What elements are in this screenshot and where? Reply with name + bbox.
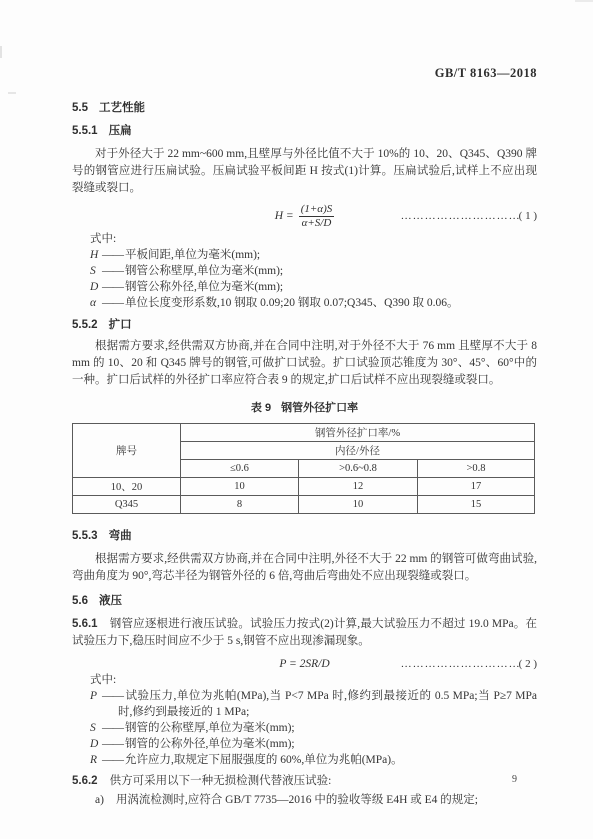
clause-text: 钢管应逐根进行液压试验。试验压力按式(2)计算,最大试验压力不超过 19.0 M… [72, 618, 537, 647]
standard-code-header: GB/T 8163—2018 [72, 66, 537, 80]
symbol-definition: S——钢管的公称壁厚,单位为毫米(mm); [90, 720, 537, 736]
symbol: S [90, 720, 102, 736]
symbol-definition: P——试验压力,单位为兆帕(MPa),当 P<7 MPa 时,修约到最接近的 0… [90, 688, 537, 720]
symbol-definition: H——平板间距,单位为毫米(mm); [90, 247, 537, 263]
value-cell: 17 [418, 478, 535, 496]
formula-fraction: (1+α)S α+S/D [299, 203, 335, 230]
grade-cell: 10、20 [73, 478, 181, 496]
clause-title: 压扁 [109, 125, 132, 137]
where-label: 式中: [90, 231, 537, 247]
dot-leader: ……………………………………………… [401, 658, 519, 670]
definition-dash: —— [102, 281, 123, 293]
paragraph-5-6-1: 5.6.1钢管应逐根进行液压试验。试验压力按式(2)计算,最大试验压力不超过 1… [72, 616, 537, 650]
table-header-row: 牌号 钢管外径扩口率/% [73, 424, 535, 442]
column-header: >0.8 [418, 460, 535, 478]
document-page: GB/T 8163—2018 5.5工艺性能 5.5.1压扁 对于外径大于 22… [0, 0, 593, 839]
definition-text: 钢管公称外径,单位为毫米(mm); [125, 281, 283, 293]
equation-number-block: ……………………………………………… ( 2 ) [401, 658, 537, 670]
paragraph-5-5-3: 根据需方要求,经供需双方协商,并在合同中注明,外径不大于 22 mm 的钢管可做… [72, 551, 537, 585]
symbol: H [90, 247, 102, 263]
table-title: 钢管外径扩口率 [281, 402, 358, 414]
symbol: D [90, 279, 102, 295]
formula-expression: P = 2SR/D [279, 658, 329, 670]
table-row: 10、20 10 12 17 [73, 478, 535, 496]
definition-text: 平板间距,单位为毫米(mm); [125, 249, 260, 261]
list-marker: a) [95, 794, 104, 806]
paragraph-5-5-2: 根据需方要求,经供需双方协商,并在合同中注明,对于外径不大于 76 mm 且壁厚… [72, 338, 537, 389]
symbol-definition: D——钢管公称外径,单位为毫米(mm); [90, 279, 537, 295]
clause-number: 5.6.2 [72, 775, 98, 787]
value-cell: 8 [181, 496, 299, 514]
symbol: R [90, 752, 102, 768]
value-cell: 10 [181, 478, 299, 496]
fraction-denominator: α+S/D [299, 216, 335, 230]
table-label: 表 9 [251, 402, 271, 414]
value-cell: 12 [299, 478, 418, 496]
definition-dash: —— [102, 297, 123, 309]
equation-number-block: ……………………………………………… ( 1 ) [401, 210, 537, 222]
definition-dash: —— [102, 690, 123, 702]
grade-cell: Q345 [73, 496, 181, 514]
clause-title: 弯曲 [109, 530, 132, 542]
column-header: >0.6~0.8 [299, 460, 418, 478]
definition-text: 允许应力,取规定下屈服强度的 60%,单位为兆帕(MPa)。 [125, 754, 403, 766]
definition-dash: —— [102, 738, 123, 750]
page-content: GB/T 8163—2018 5.5工艺性能 5.5.1压扁 对于外径大于 22… [72, 66, 537, 809]
clause-number: 5.6 [72, 595, 88, 607]
definition-dash: —— [102, 249, 123, 261]
definition-text: 钢管的公称壁厚,单位为毫米(mm); [125, 722, 295, 734]
section-heading-5-6: 5.6液压 [72, 595, 537, 607]
definition-text: 钢管的公称外径,单位为毫米(mm); [125, 738, 295, 750]
equation-number: ( 2 ) [519, 658, 537, 670]
clause-title: 工艺性能 [99, 102, 145, 114]
paragraph-5-5-1: 对于外径大于 22 mm~600 mm,且壁厚与外径比值不大于 10%的 10、… [72, 146, 537, 197]
clause-title: 扩口 [109, 319, 132, 331]
scan-artifact [0, 46, 2, 58]
table-corner-header: 牌号 [73, 424, 181, 478]
section-heading-5-5-2: 5.5.2扩口 [72, 319, 537, 331]
section-heading-5-5-1: 5.5.1压扁 [72, 125, 537, 137]
clause-title: 液压 [99, 595, 122, 607]
symbol: D [90, 736, 102, 752]
table-group-header: 钢管外径扩口率/% [181, 424, 535, 442]
symbol-definition: R——允许应力,取规定下屈服强度的 60%,单位为兆帕(MPa)。 [90, 752, 537, 768]
definition-dash: —— [102, 754, 123, 766]
equation-number: ( 1 ) [519, 210, 537, 222]
symbol-definition: α——单位长度变形系数,10 钢取 0.09;20 钢取 0.07;Q345、Q… [90, 295, 537, 311]
symbol: P [90, 688, 102, 704]
definition-text: 单位长度变形系数,10 钢取 0.09;20 钢取 0.07;Q345、Q390… [125, 297, 459, 309]
formula-1: H = (1+α)S α+S/D ……………………………………………… ( 1 … [72, 201, 537, 231]
paragraph-5-6-2: 5.6.2供方可采用以下一种无损检测代替液压试验: [72, 773, 537, 790]
clause-number: 5.5.3 [72, 530, 98, 542]
formula-lhs: H = [275, 210, 294, 222]
list-text: 用涡流检测时,应符合 GB/T 7735—2016 中的验收等级 E4H 或 E… [116, 794, 478, 806]
list-item-a: a)用涡流检测时,应符合 GB/T 7735—2016 中的验收等级 E4H 或… [95, 792, 537, 809]
section-heading-5-5-3: 5.5.3弯曲 [72, 530, 537, 542]
symbol: α [90, 295, 102, 311]
formula-2: P = 2SR/D ……………………………………………… ( 2 ) [72, 656, 537, 672]
fraction-numerator: (1+α)S [299, 203, 335, 216]
clause-text: 供方可采用以下一种无损检测代替液压试验: [110, 775, 332, 787]
table-subheader: 内径/外径 [181, 442, 535, 460]
symbol-definitions-1: H——平板间距,单位为毫米(mm); S——钢管公称壁厚,单位为毫米(mm); … [72, 247, 537, 311]
definition-dash: —— [102, 722, 123, 734]
value-cell: 10 [299, 496, 418, 514]
table-9-caption: 表 9钢管外径扩口率 [72, 399, 537, 415]
value-cell: 15 [418, 496, 535, 514]
section-heading-5-5: 5.5工艺性能 [72, 102, 537, 114]
clause-number: 5.5.1 [72, 125, 98, 137]
dot-leader: ……………………………………………… [401, 210, 519, 222]
clause-number: 5.6.1 [72, 618, 98, 630]
clause-number: 5.5 [72, 102, 88, 114]
column-header: ≤0.6 [181, 460, 299, 478]
symbol-definitions-2: P——试验压力,单位为兆帕(MPa),当 P<7 MPa 时,修约到最接近的 0… [72, 688, 537, 768]
page-number: 9 [512, 774, 517, 785]
scan-artifact [8, 92, 16, 94]
table-9: 牌号 钢管外径扩口率/% 内径/外径 ≤0.6 >0.6~0.8 >0.8 10… [72, 423, 535, 514]
definition-text: 试验压力,单位为兆帕(MPa),当 P<7 MPa 时,修约到最接近的 0.5 … [118, 690, 537, 718]
where-label: 式中: [90, 672, 537, 688]
clause-number: 5.5.2 [72, 319, 98, 331]
definition-dash: —— [102, 265, 123, 277]
symbol: S [90, 263, 102, 279]
symbol-definition: D——钢管的公称外径,单位为毫米(mm); [90, 736, 537, 752]
table-row: Q345 8 10 15 [73, 496, 535, 514]
scan-artifact [575, 0, 593, 2]
symbol-definition: S——钢管公称壁厚,单位为毫米(mm); [90, 263, 537, 279]
definition-text: 钢管公称壁厚,单位为毫米(mm); [125, 265, 283, 277]
